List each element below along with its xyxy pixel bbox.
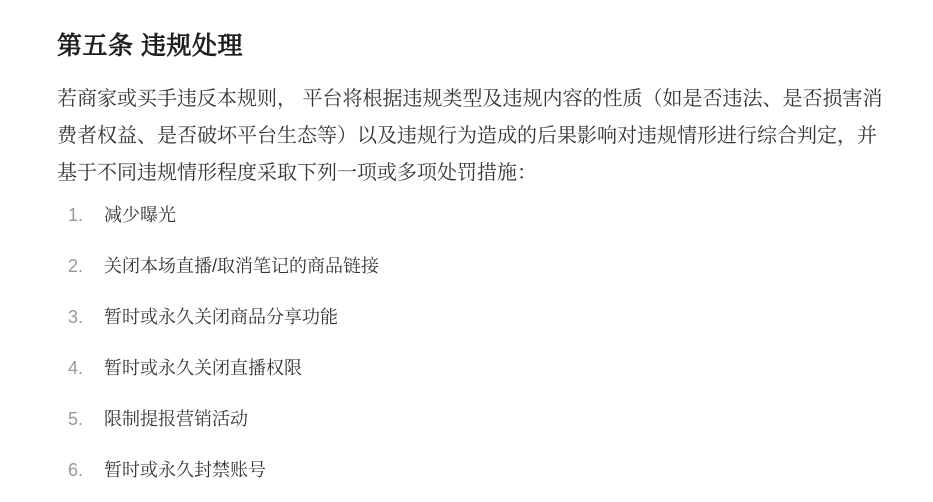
list-item: 5. 限制提报营销活动	[68, 409, 903, 429]
list-item-text: 限制提报营销活动	[104, 409, 248, 429]
list-item-number: 6.	[68, 460, 90, 480]
list-item-number: 1.	[68, 205, 90, 225]
list-item-text: 减少曝光	[104, 205, 176, 225]
list-item-number: 4.	[68, 358, 90, 378]
rules-document-page: 第五条 违规处理 若商家或买手违反本规则， 平台将根据违规类型及违规内容的性质（…	[0, 0, 933, 502]
list-item-text: 暂时或永久关闭商品分享功能	[104, 307, 338, 327]
intro-paragraph: 若商家或买手违反本规则， 平台将根据违规类型及违规内容的性质（如是否违法、是否损…	[57, 81, 893, 192]
list-item-text: 关闭本场直播/取消笔记的商品链接	[104, 256, 379, 276]
penalty-list: 1. 减少曝光 2. 关闭本场直播/取消笔记的商品链接 3. 暂时或永久关闭商品…	[57, 205, 903, 480]
list-item-number: 3.	[68, 307, 90, 327]
list-item: 4. 暂时或永久关闭直播权限	[68, 358, 903, 378]
list-item-number: 2.	[68, 256, 90, 276]
list-item: 1. 减少曝光	[68, 205, 903, 225]
page-title: 第五条 违规处理	[57, 31, 903, 62]
list-item: 6. 暂时或永久封禁账号	[68, 460, 903, 480]
list-item-text: 暂时或永久封禁账号	[104, 460, 266, 480]
list-item: 2. 关闭本场直播/取消笔记的商品链接	[68, 256, 903, 276]
list-item-number: 5.	[68, 409, 90, 429]
list-item-text: 暂时或永久关闭直播权限	[104, 358, 302, 378]
list-item: 3. 暂时或永久关闭商品分享功能	[68, 307, 903, 327]
